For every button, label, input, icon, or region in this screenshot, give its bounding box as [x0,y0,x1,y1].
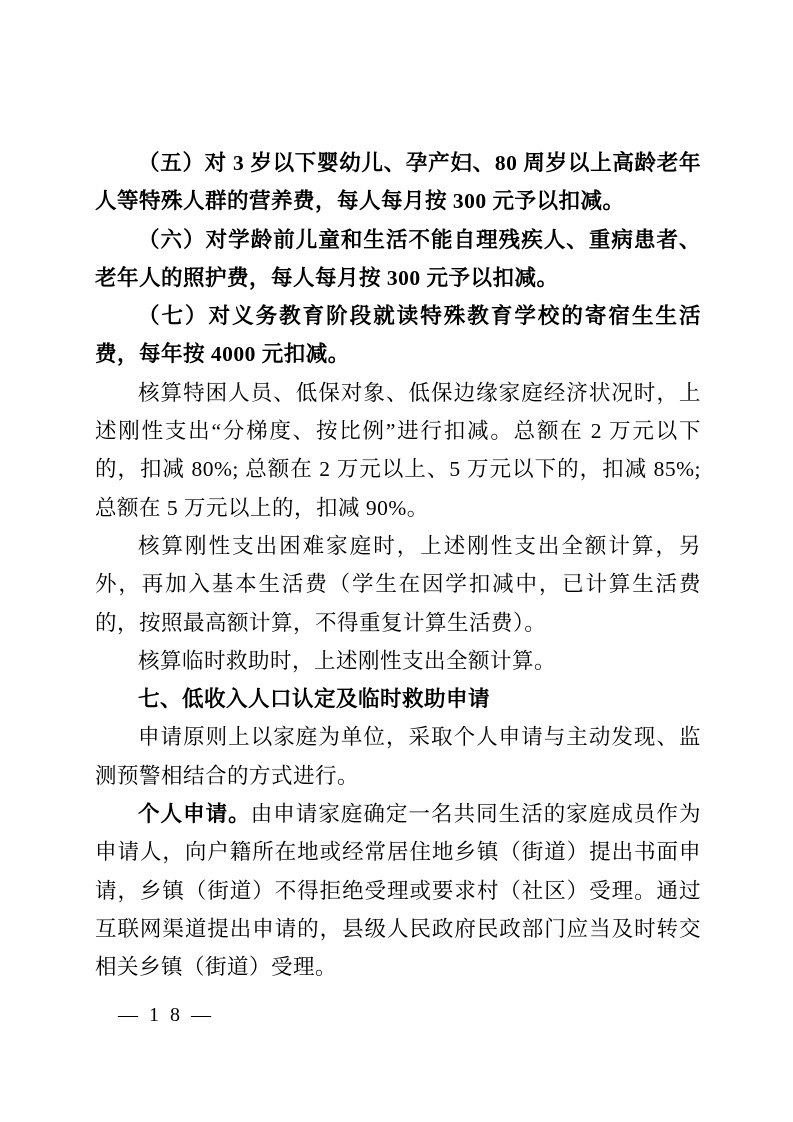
personal-application-body-text: 由申请家庭确定一名共同生活的家庭成员作为申请人，向户籍所在地或经常居住地乡镇（街… [95,802,701,979]
paragraph-calc-rigid-expenditure: 核算刚性支出困难家庭时，上述刚性支出全额计算，另外，再加入基本生活费（学生在因学… [95,527,701,642]
document-body: （五）对 3 岁以下婴幼儿、孕产妇、80 周岁以上高龄老年人等特殊人群的营养费，… [95,144,701,987]
personal-application-lead-label: 个人申请。 [138,802,251,826]
paragraph-item-6-care-fee: （六）对学龄前儿童和生活不能自理残疾人、重病患者、老年人的照护费，每人每月按 3… [95,221,701,298]
paragraph-calc-special-groups: 核算特困人员、低保对象、低保边缘家庭经济状况时，上述刚性支出“分梯度、按比例”进… [95,374,701,527]
section-heading-7: 七、低收入人口认定及临时救助申请 [95,680,701,718]
paragraph-item-5-nutrition-fee: （五）对 3 岁以下婴幼儿、孕产妇、80 周岁以上高龄老年人等特殊人群的营养费，… [95,144,701,221]
paragraph-personal-application: 个人申请。由申请家庭确定一名共同生活的家庭成员作为申请人，向户籍所在地或经常居住… [95,795,701,986]
paragraph-calc-temporary-assistance: 核算临时救助时，上述刚性支出全额计算。 [95,642,701,680]
paragraph-item-7-boarding-fee: （七）对义务教育阶段就读特殊教育学校的寄宿生生活费，每年按 4000 元扣减。 [95,297,701,374]
page-number: — 1 8 — [118,1004,214,1027]
paragraph-application-principle: 申请原则上以家庭为单位，采取个人申请与主动发现、监测预警相结合的方式进行。 [95,718,701,795]
document-page: （五）对 3 岁以下婴幼儿、孕产妇、80 周岁以上高龄老年人等特殊人群的营养费，… [0,0,793,1122]
